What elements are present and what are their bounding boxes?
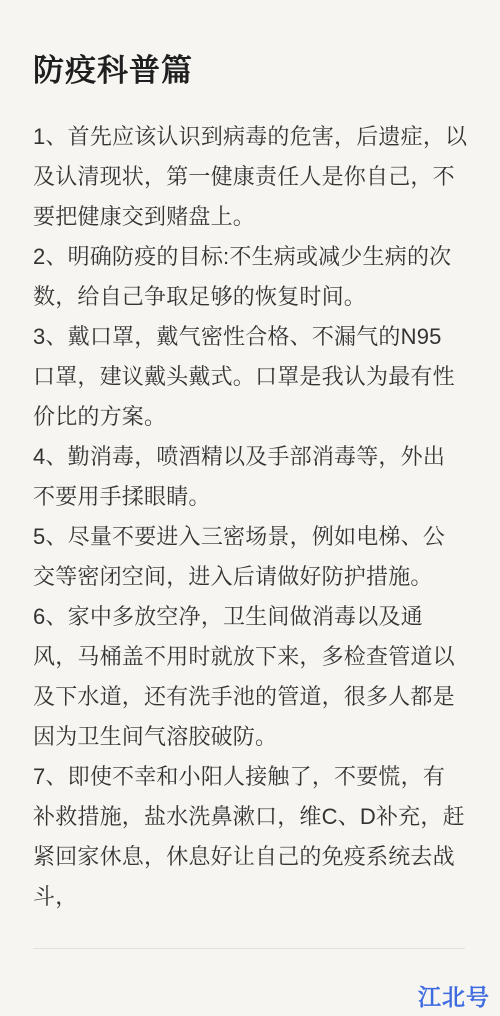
- text-line: 交等密闭空间，进入后请做好防护措施。: [33, 557, 492, 597]
- page-title: 防疫科普篇: [33, 52, 193, 90]
- divider: [33, 948, 465, 949]
- text-line: 4、勤消毒，喷酒精以及手部消毒等，外出: [33, 437, 492, 477]
- text-line: 不要用手揉眼睛。: [33, 477, 492, 517]
- article-body: 1、首先应该认识到病毒的危害，后遗症，以及认清现状，第一健康责任人是你自己，不要…: [33, 117, 492, 917]
- watermark-logo: 江北号: [418, 983, 490, 1011]
- text-line: 6、家中多放空净，卫生间做消毒以及通: [33, 597, 492, 637]
- text-line: 数，给自己争取足够的恢复时间。: [33, 277, 492, 317]
- text-line: 因为卫生间气溶胶破防。: [33, 717, 492, 757]
- text-line: 风，马桶盖不用时就放下来，多检查管道以: [33, 637, 492, 677]
- text-line: 7、即使不幸和小阳人接触了，不要慌，有: [33, 757, 492, 797]
- text-line: 5、尽量不要进入三密场景，例如电梯、公: [33, 517, 492, 557]
- text-line: 价比的方案。: [33, 397, 492, 437]
- text-line: 补救措施，盐水洗鼻漱口，维C、D补充，赶: [33, 797, 492, 837]
- text-line: 及认清现状，第一健康责任人是你自己，不: [33, 157, 492, 197]
- text-line: 2、明确防疫的目标:不生病或减少生病的次: [33, 237, 492, 277]
- text-line: 紧回家休息，休息好让自己的免疫系统去战: [33, 837, 492, 877]
- text-line: 口罩，建议戴头戴式。口罩是我认为最有性: [33, 357, 492, 397]
- text-line: 及下水道，还有洗手池的管道，很多人都是: [33, 677, 492, 717]
- text-line: 斗，: [33, 877, 492, 917]
- article-page: 防疫科普篇 1、首先应该认识到病毒的危害，后遗症，以及认清现状，第一健康责任人是…: [0, 0, 500, 1016]
- text-line: 3、戴口罩，戴气密性合格、不漏气的N95: [33, 317, 492, 357]
- text-line: 要把健康交到赌盘上。: [33, 197, 492, 237]
- text-line: 1、首先应该认识到病毒的危害，后遗症，以: [33, 117, 492, 157]
